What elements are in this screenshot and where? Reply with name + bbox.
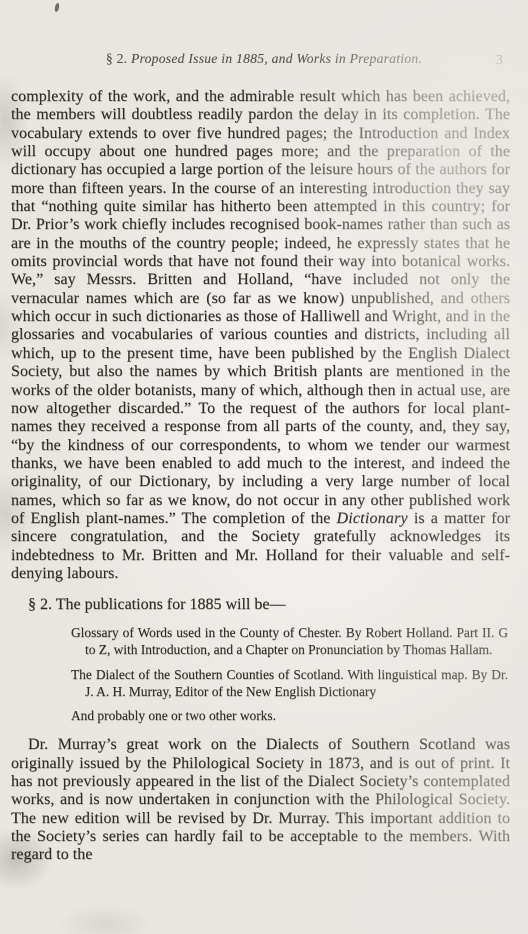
header-section-mark: § 2. bbox=[106, 51, 127, 66]
italic-word-dictionary: Dictionary bbox=[336, 510, 407, 527]
publication-item: The Dialect of the Southern Counties of … bbox=[71, 666, 508, 700]
paragraph-dr-murray: Dr. Murray’s great work on the Dialects … bbox=[11, 736, 510, 864]
running-header: § 2. Proposed Issue in 1885, and Works i… bbox=[0, 0, 528, 68]
text-column: complexity of the work, and the admirabl… bbox=[0, 68, 528, 865]
header-title: Proposed Issue in 1885, and Works in Pre… bbox=[131, 51, 422, 66]
paragraph-text: complexity of the work, and the admirabl… bbox=[11, 88, 510, 527]
publication-item: And probably one or two other works. bbox=[71, 707, 508, 724]
book-page: § 2. Proposed Issue in 1885, and Works i… bbox=[0, 0, 528, 934]
page-number: 3 bbox=[496, 52, 503, 68]
publication-item: Glossary of Words used in the County of … bbox=[71, 624, 508, 658]
paragraph-continuation: complexity of the work, and the admirabl… bbox=[11, 88, 510, 583]
publications-list: Glossary of Words used in the County of … bbox=[71, 624, 508, 724]
section-heading: § 2. The publications for 1885 will be— bbox=[28, 596, 510, 614]
